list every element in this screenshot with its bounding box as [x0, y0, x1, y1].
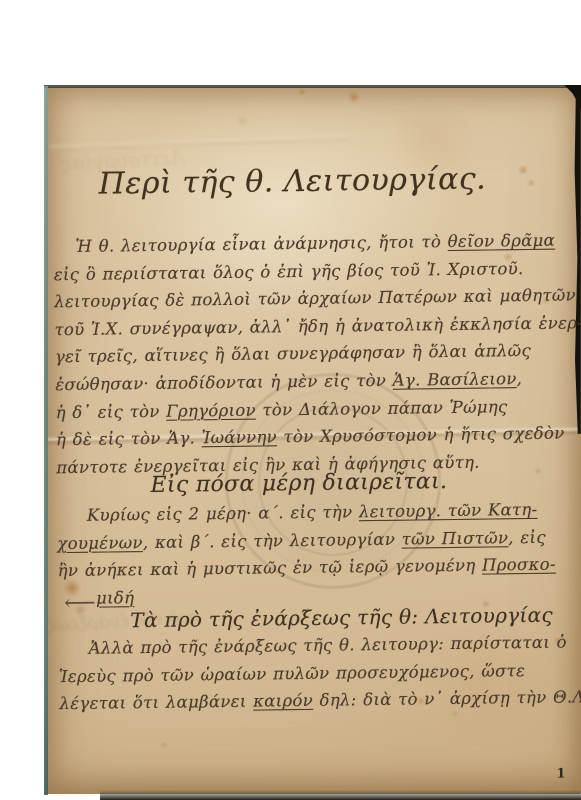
section-heading-parts: Εἰς πόσα μέρη διαιρεῖται.	[150, 469, 447, 498]
paragraph-parts: Κυρίως εἰς 2 μέρη· α΄. εἰς τὴν λειτουργ.…	[57, 500, 557, 617]
handwriting-layer: Περὶ τῆς θ. Λειτουργίας. Ἡ θ. λειτουργία…	[0, 0, 581, 800]
paragraph-before-liturgy: Ἀλλὰ πρὸ τῆς ἐνάρξεως τῆς θ. λειτουργ: π…	[59, 632, 581, 722]
section-heading-before-liturgy: Τὰ πρὸ τῆς ἐνάρξεως τῆς θ: Λειτουργίας	[130, 603, 553, 633]
manuscript-line: λέγεται ὅτι λαμβάνει καιρόν δηλ: διὰ τὸ …	[59, 687, 581, 722]
page-number: 1	[556, 767, 565, 782]
paragraph-introduction: Ἡ θ. λειτουργία εἶναι ἀνάμνησις, ἤτοι τὸ…	[53, 230, 581, 485]
left-arrow-mark: ⟵	[64, 591, 94, 616]
manuscript-title: Περὶ τῆς θ. Λειτουργίας.	[98, 162, 486, 202]
scanned-manuscript-screenshot: { "document": { "language": "Greek (poly…	[0, 0, 581, 800]
